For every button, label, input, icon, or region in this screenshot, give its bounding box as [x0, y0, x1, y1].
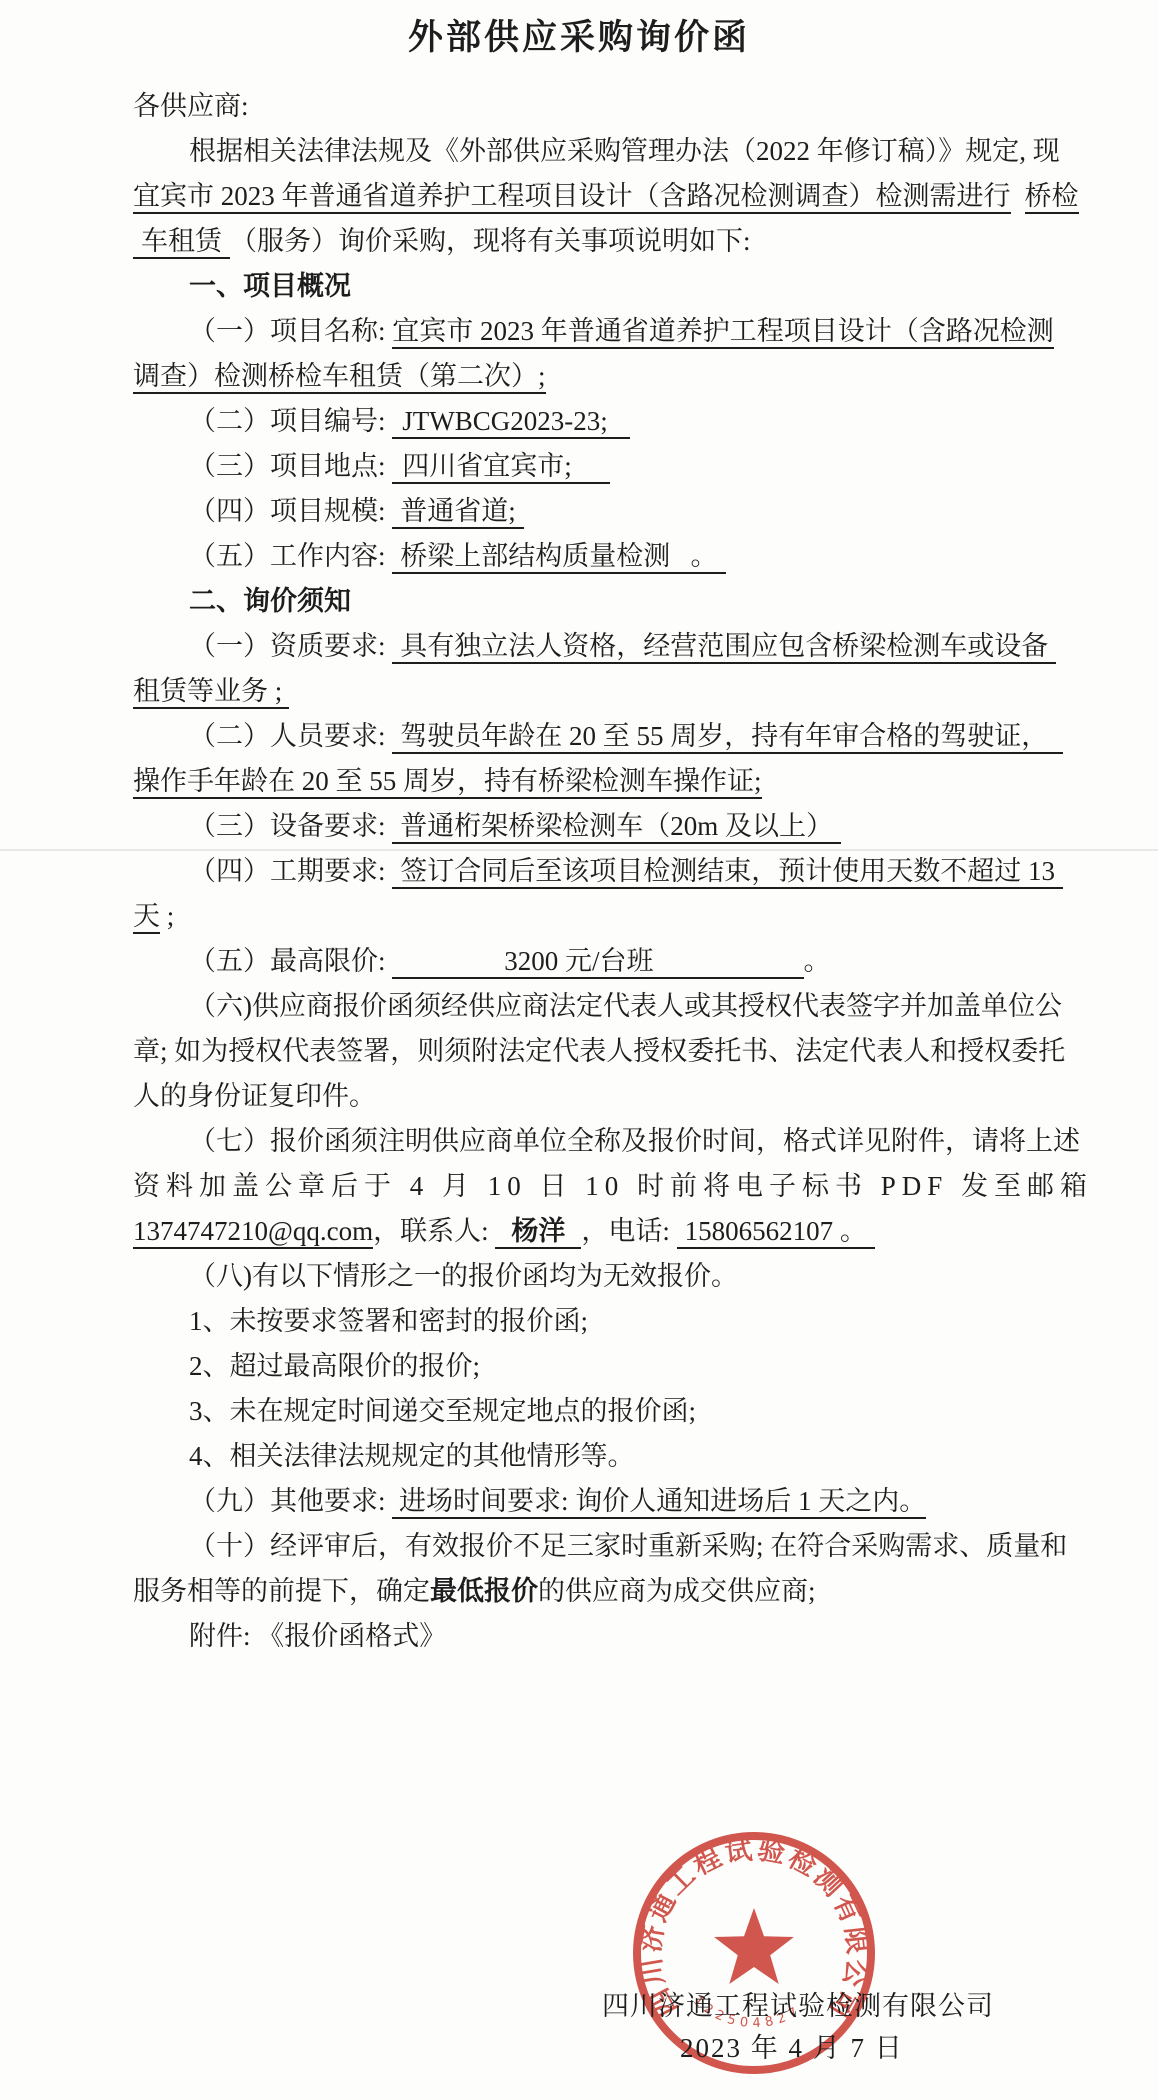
text-run: （十）经评审后，有效报价不足三家时重新采购; 在符合采购需求、质量和 — [189, 1531, 1067, 1561]
doc-line: 调查）检测桥检车租赁（第二次）; — [133, 354, 1038, 399]
doc-line: （四）工期要求: 签订合同后至该项目检测结束，预计使用天数不超过 13 — [133, 849, 1038, 894]
text-run: （九）其他要求: — [189, 1486, 392, 1516]
doc-line: （六)供应商报价函须经供应商法定代表人或其授权代表签字并加盖单位公 — [133, 984, 1038, 1029]
text-run: 1、未按要求签署和密封的报价函; — [189, 1306, 588, 1336]
text-run: 3200 元/台班 — [392, 946, 803, 979]
doc-line: 1374747210@qq.com，联系人: 杨洋，电话: 1580656210… — [133, 1209, 1038, 1254]
text-run: 签订合同后至该项目检测结束，预计使用天数不超过 13 — [392, 856, 1063, 889]
text-run: （七）报价函须注明供应商单位全称及报价时间，格式详见附件，请将上述 — [189, 1126, 1080, 1156]
text-run: 1374747210@qq.com — [133, 1216, 373, 1249]
text-run: 宜宾市 2023 年普通省道养护工程项目设计（含路况检测 — [392, 316, 1054, 349]
doc-line: （五）最高限价: 3200 元/台班。 — [133, 939, 1038, 984]
text-run: （三）设备要求: — [189, 811, 392, 841]
text-run: 15806562107 。 — [677, 1216, 875, 1249]
doc-line: 2、超过最高限价的报价; — [133, 1344, 1038, 1389]
text-run: 2、超过最高限价的报价; — [189, 1351, 480, 1381]
doc-line: 二、询价须知 — [133, 579, 1038, 624]
text-run: （一）项目名称: — [189, 316, 392, 346]
text-run: ，电话: — [581, 1216, 676, 1246]
text-run: 进场时间要求: 询价人通知进场后 1 天之内。 — [392, 1486, 926, 1519]
doc-line: 1、未按要求签署和密封的报价函; — [133, 1299, 1038, 1344]
text-run: 宜宾市 2023 年普通省道养护工程项目设计（含路况检测调查）检测需进行 — [133, 181, 1011, 214]
doc-line: 3、未在规定时间递交至规定地点的报价函; — [133, 1389, 1038, 1434]
text-run: 杨洋 — [495, 1216, 581, 1249]
text-run: JTWBCG2023-23; — [392, 406, 630, 439]
doc-line: 车租赁（服务）询价采购，现将有关事项说明如下: — [133, 219, 1038, 264]
doc-line: 人的身份证复印件。 — [133, 1074, 1038, 1119]
text-run: 。 — [804, 946, 831, 976]
text-run: ，联系人: — [373, 1216, 495, 1246]
doc-line: 天 ; — [133, 894, 1038, 939]
doc-line: 宜宾市 2023 年普通省道养护工程项目设计（含路况检测调查）检测需进行桥检 — [133, 174, 1038, 219]
doc-line: 租赁等业务 ; — [133, 669, 1038, 714]
text-run: （五）最高限价: — [189, 946, 392, 976]
doc-line: 附件: 《报价函格式》 — [133, 1614, 1038, 1659]
text-run: 3、未在规定时间递交至规定地点的报价函; — [189, 1396, 696, 1426]
doc-line: 服务相等的前提下，确定最低报价的供应商为成交供应商; — [133, 1569, 1038, 1614]
doc-line: （二）人员要求: 驾驶员年龄在 20 至 55 周岁，持有年审合格的驾驶证， — [133, 714, 1038, 759]
text-run: 最低报价 — [430, 1576, 538, 1606]
text-run: （五）工作内容: — [189, 541, 392, 571]
doc-line: （十）经评审后，有效报价不足三家时重新采购; 在符合采购需求、质量和 — [133, 1524, 1038, 1569]
text-run: （六)供应商报价函须经供应商法定代表人或其授权代表签字并加盖单位公 — [189, 991, 1062, 1021]
doc-line: （二）项目编号: JTWBCG2023-23; — [133, 399, 1038, 444]
text-run: 人的身份证复印件。 — [133, 1081, 376, 1111]
text-run: （三）项目地点: — [189, 451, 392, 481]
text-run: 一、项目概况 — [189, 271, 351, 301]
document-body: 各供应商:根据相关法律法规及《外部供应采购管理办法（2022 年修订稿）》规定,… — [133, 84, 1038, 1659]
doc-line: （五）工作内容: 桥梁上部结构质量检测 。 — [133, 534, 1038, 579]
doc-line: （四）项目规模: 普通省道; — [133, 489, 1038, 534]
text-run: （八)有以下情形之一的报价函均为无效报价。 — [189, 1261, 738, 1291]
text-run: 四川省宜宾市; — [392, 451, 610, 484]
text-run: 二、询价须知 — [189, 586, 351, 616]
doc-line: 资料加盖公章后于 4 月 10 日 10 时前将电子标书 PDF 发至邮箱 — [133, 1164, 1038, 1209]
doc-line: （九）其他要求: 进场时间要求: 询价人通知进场后 1 天之内。 — [133, 1479, 1038, 1524]
page-title: 外部供应采购询价函 — [0, 0, 1158, 62]
text-run: 具有独立法人资格，经营范围应包含桥梁检测车或设备 — [392, 631, 1056, 664]
text-run: 资料加盖公章后于 4 月 10 日 10 时前将电子标书 PDF 发至邮箱 — [133, 1171, 1093, 1201]
seal-star-icon — [714, 1908, 794, 1984]
doc-line: 各供应商: — [133, 84, 1038, 129]
text-run: 普通桁架桥梁检测车（20m 及以上） — [392, 811, 841, 844]
doc-line: 一、项目概况 — [133, 264, 1038, 309]
text-run: 操作手年龄在 20 至 55 周岁，持有桥梁检测车操作证; — [133, 766, 762, 799]
text-run: 驾驶员年龄在 20 至 55 周岁，持有年审合格的驾驶证， — [392, 721, 1063, 754]
text-run: （二）人员要求: — [189, 721, 392, 751]
text-run: 桥检 — [1025, 181, 1079, 214]
signature-company: 四川济通工程试验检测有限公司 — [602, 1986, 994, 2026]
text-run: 普通省道; — [392, 496, 524, 529]
doc-line: （一）项目名称: 宜宾市 2023 年普通省道养护工程项目设计（含路况检测 — [133, 309, 1038, 354]
text-run: 的供应商为成交供应商; — [538, 1576, 816, 1606]
text-run: 根据相关法律法规及《外部供应采购管理办法（2022 年修订稿）》规定, 现 — [189, 136, 1060, 166]
text-run: 车租赁 — [133, 226, 230, 259]
doc-line: 根据相关法律法规及《外部供应采购管理办法（2022 年修订稿）》规定, 现 — [133, 129, 1038, 174]
text-run: 附件: 《报价函格式》 — [189, 1621, 446, 1651]
text-run: 各供应商: — [133, 91, 249, 121]
doc-line: （八)有以下情形之一的报价函均为无效报价。 — [133, 1254, 1038, 1299]
doc-line: （七）报价函须注明供应商单位全称及报价时间，格式详见附件，请将上述 — [133, 1119, 1038, 1164]
doc-line: （三）项目地点: 四川省宜宾市; — [133, 444, 1038, 489]
doc-line: 操作手年龄在 20 至 55 周岁，持有桥梁检测车操作证; — [133, 759, 1038, 804]
text-run: 天 — [133, 901, 160, 934]
doc-line: 4、相关法律法规规定的其他情形等。 — [133, 1434, 1038, 1479]
text-run: 租赁等业务 ; — [133, 676, 289, 709]
signature-date: 2023 年 4 月 7 日 — [680, 2028, 904, 2068]
text-run: 4、相关法律法规规定的其他情形等。 — [189, 1441, 635, 1471]
text-run: 调查）检测桥检车租赁（第二次）; — [133, 361, 546, 394]
text-run: 桥梁上部结构质量检测 。 — [392, 541, 725, 574]
text-run: （四）工期要求: — [189, 856, 392, 886]
doc-line: （一）资质要求: 具有独立法人资格，经营范围应包含桥梁检测车或设备 — [133, 624, 1038, 669]
text-run: （四）项目规模: — [189, 496, 392, 526]
doc-line: （三）设备要求: 普通桁架桥梁检测车（20m 及以上） — [133, 804, 1038, 849]
doc-line: 章; 如为授权代表签署，则须附法定代表人授权委托书、法定代表人和授权委托 — [133, 1029, 1038, 1074]
text-run: （二）项目编号: — [189, 406, 392, 436]
text-run: （一）资质要求: — [189, 631, 392, 661]
text-run: 章; 如为授权代表签署，则须附法定代表人授权委托书、法定代表人和授权委托 — [133, 1036, 1065, 1066]
text-run: ; — [160, 901, 174, 931]
document-page: 外部供应采购询价函 各供应商:根据相关法律法规及《外部供应采购管理办法（2022… — [0, 0, 1158, 2100]
text-run: 服务相等的前提下，确定 — [133, 1576, 430, 1606]
text-run: （服务）询价采购，现将有关事项说明如下: — [230, 226, 751, 256]
